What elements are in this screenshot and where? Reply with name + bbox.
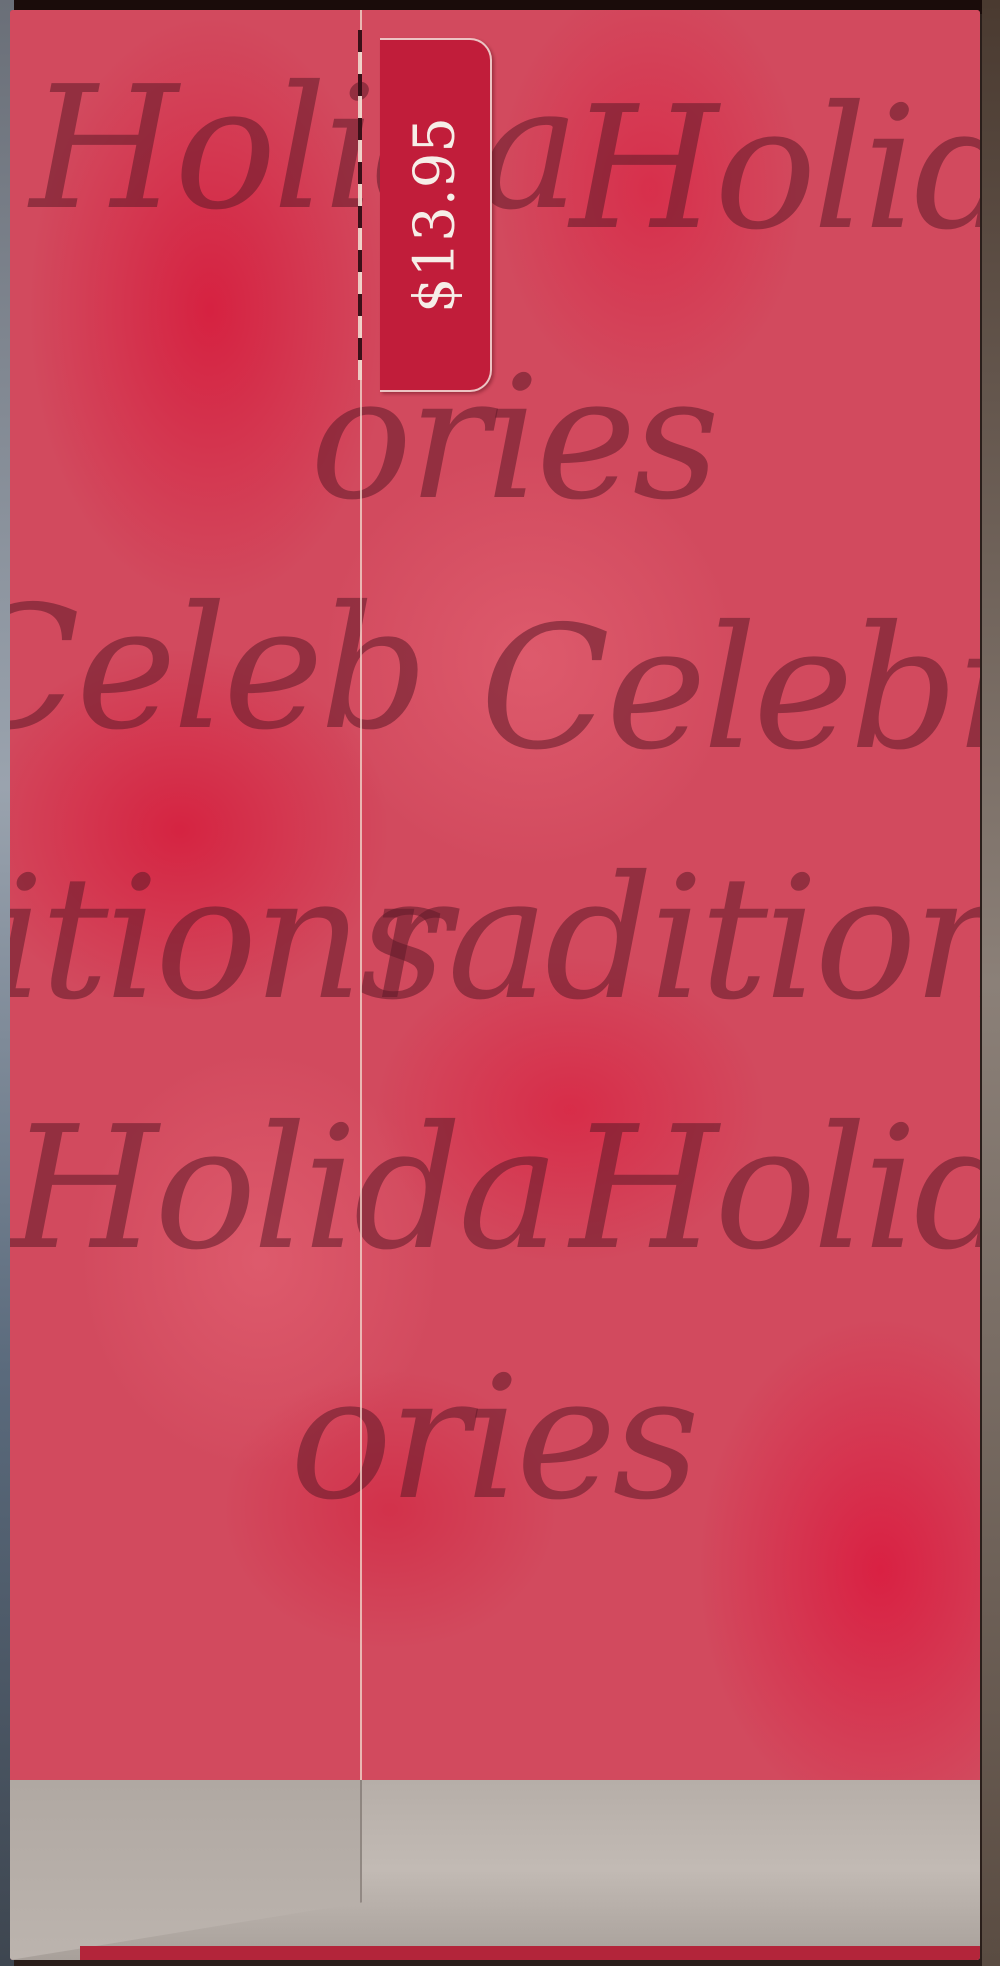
price-tag: $13.95 [380,38,492,392]
gift-box-panel: Holida Holid ories Celeb Celebra itions … [10,10,980,1960]
price-text: $13.95 [403,117,468,313]
pattern-word: ories [290,1340,696,1538]
pattern-word: Holid [570,70,980,268]
bottom-edge [80,1946,980,1960]
pattern-word: Holida [10,1090,556,1288]
pattern-word: Celeb [10,570,424,768]
pattern-word: Holid [570,1090,980,1288]
pattern-word: Holida [30,50,576,248]
pattern-word: ories [310,340,716,538]
pattern-word: raditions [370,840,980,1038]
perforation-line [358,30,362,380]
background-right [982,0,1000,1966]
pattern-word: Celebra [480,590,980,788]
